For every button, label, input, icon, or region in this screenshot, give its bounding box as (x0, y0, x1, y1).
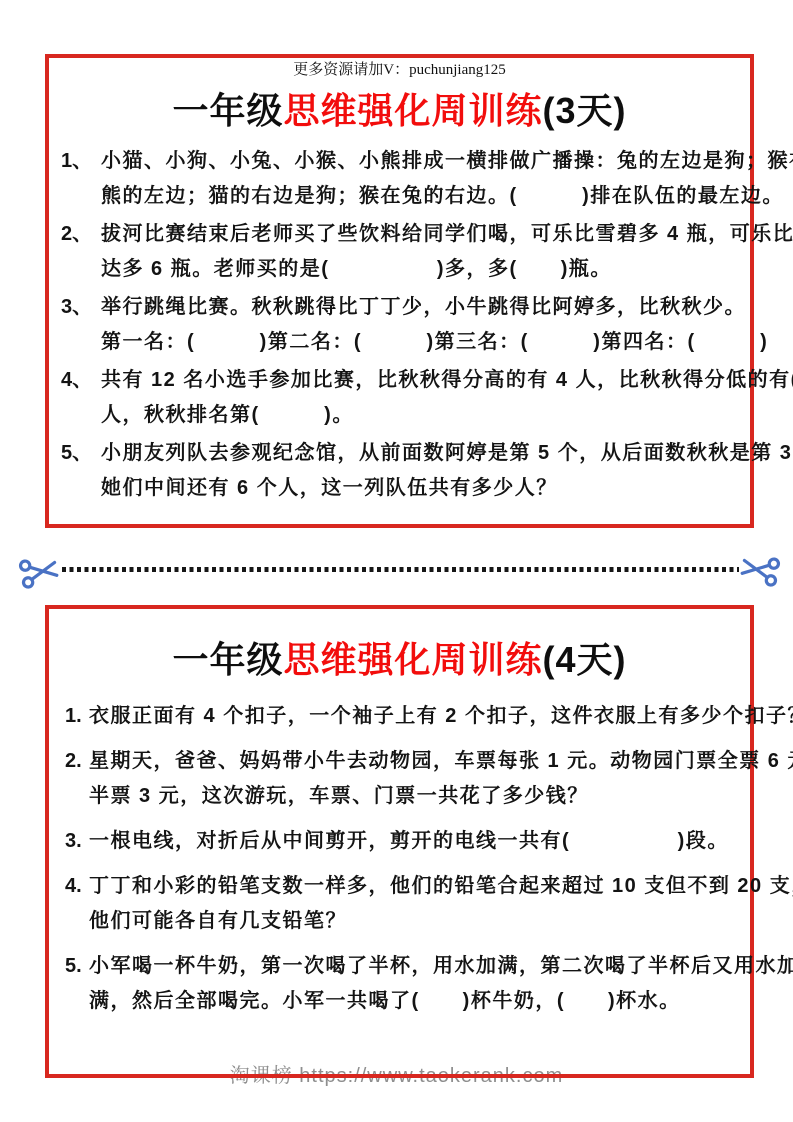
question-line: 达多 6 瓶。老师买的是( )多，多( )瓶。 (101, 252, 742, 287)
question-text: 小朋友列队去参观纪念馆，从前面数阿婷是第 5 个，从后面数秋秋是第 3 个。 她… (101, 436, 742, 506)
question-text: 丁丁和小彩的铅笔支数一样多，他们的铅笔合起来超过 10 支但不到 20 支， 他… (89, 869, 742, 939)
question-text: 小猫、小狗、小兔、小猴、小熊排成一横排做广播操：兔的左边是狗；猴在 熊的左边；猫… (101, 144, 742, 214)
title-red-text: 思维强化周训练 (284, 90, 543, 131)
question-text: 拔河比赛结束后老师买了些饮料给同学们喝，可乐比雪碧多 4 瓶，可乐比芬 达多 6… (101, 217, 742, 287)
question-text: 一根电线，对折后从中间剪开，剪开的电线一共有( )段。 (89, 824, 742, 859)
question-number: 2、 (61, 217, 92, 252)
dotted-line (62, 567, 739, 572)
question-line: 举行跳绳比赛。秋秋跳得比丁丁少，小牛跳得比阿婷多，比秋秋少。 (101, 290, 742, 325)
title-red-text: 思维强化周训练 (284, 639, 543, 680)
section-title-day3: 一年级思维强化周训练(3天) (49, 88, 750, 134)
worksheet-box-day3: 更多资源请加V：puchunjiang125 一年级思维强化周训练(3天) 1、… (45, 54, 754, 528)
question-line: 拔河比赛结束后老师买了些饮料给同学们喝，可乐比雪碧多 4 瓶，可乐比芬 (101, 217, 742, 252)
question-text: 小军喝一杯牛奶，第一次喝了半杯，用水加满，第二次喝了半杯后又用水加 满，然后全部… (89, 949, 742, 1019)
cut-line-divider (0, 550, 793, 594)
scissors-icon (15, 549, 67, 594)
question-line: 小军喝一杯牛奶，第一次喝了半杯，用水加满，第二次喝了半杯后又用水加 (89, 949, 742, 984)
title-days-text: (3天) (543, 90, 627, 131)
question-text: 举行跳绳比赛。秋秋跳得比丁丁少，小牛跳得比阿婷多，比秋秋少。 第一名：( )第二… (101, 290, 742, 360)
question-1: 1、 小猫、小狗、小兔、小猴、小熊排成一横排做广播操：兔的左边是狗；猴在 熊的左… (49, 144, 742, 214)
worksheet-box-day4: 一年级思维强化周训练(4天) 1. 衣服正面有 4 个扣子，一个袖子上有 2 个… (45, 605, 754, 1078)
question-line: 衣服正面有 4 个扣子，一个袖子上有 2 个扣子，这件衣服上有多少个扣子？ (89, 699, 742, 734)
question-3: 3、 举行跳绳比赛。秋秋跳得比丁丁少，小牛跳得比阿婷多，比秋秋少。 第一名：( … (49, 290, 742, 360)
question-list-day3: 1、 小猫、小狗、小兔、小猴、小熊排成一横排做广播操：兔的左边是狗；猴在 熊的左… (49, 144, 750, 506)
question-line: 小朋友列队去参观纪念馆，从前面数阿婷是第 5 个，从后面数秋秋是第 3 个。 (101, 436, 742, 471)
question-1: 1. 衣服正面有 4 个扣子，一个袖子上有 2 个扣子，这件衣服上有多少个扣子？ (49, 699, 742, 734)
question-number: 4. (65, 869, 82, 904)
question-number: 1、 (61, 144, 92, 179)
question-line: 满，然后全部喝完。小军一共喝了( )杯牛奶，( )杯水。 (89, 984, 742, 1019)
worksheet-page: 淘课榜 https://www.taokerank.com 更多资源请加V：pu… (0, 0, 793, 1122)
question-number: 4、 (61, 363, 92, 398)
question-line: 小猫、小狗、小兔、小猴、小熊排成一横排做广播操：兔的左边是狗；猴在 (101, 144, 742, 179)
question-text: 共有 12 名小选手参加比赛，比秋秋得分高的有 4 人，比秋秋得分低的有( ) … (101, 363, 742, 433)
title-grade-text: 一年级 (172, 639, 283, 680)
question-line: 人，秋秋排名第( )。 (101, 398, 742, 433)
question-number: 3. (65, 824, 82, 859)
question-line: 半票 3 元，这次游玩，车票、门票一共花了多少钱？ (89, 779, 742, 814)
question-number: 1. (65, 699, 82, 734)
question-line: 他们可能各自有几支铅笔？ (89, 904, 742, 939)
question-line: 她们中间还有 6 个人，这一列队伍共有多少人？ (101, 471, 742, 506)
question-5: 5、 小朋友列队去参观纪念馆，从前面数阿婷是第 5 个，从后面数秋秋是第 3 个… (49, 436, 742, 506)
question-3: 3. 一根电线，对折后从中间剪开，剪开的电线一共有( )段。 (49, 824, 742, 859)
question-2: 2、 拔河比赛结束后老师买了些饮料给同学们喝，可乐比雪碧多 4 瓶，可乐比芬 达… (49, 217, 742, 287)
title-days-text: (4天) (543, 639, 627, 680)
question-4: 4、 共有 12 名小选手参加比赛，比秋秋得分高的有 4 人，比秋秋得分低的有(… (49, 363, 742, 433)
question-text: 星期天，爸爸、妈妈带小牛去动物园，车票每张 1 元。动物园门票全票 6 元， 半… (89, 744, 742, 814)
title-grade-text: 一年级 (172, 90, 283, 131)
question-5: 5. 小军喝一杯牛奶，第一次喝了半杯，用水加满，第二次喝了半杯后又用水加 满，然… (49, 949, 742, 1019)
question-4: 4. 丁丁和小彩的铅笔支数一样多，他们的铅笔合起来超过 10 支但不到 20 支… (49, 869, 742, 939)
top-watermark: 更多资源请加V：puchunjiang125 (49, 60, 750, 80)
question-list-day4: 1. 衣服正面有 4 个扣子，一个袖子上有 2 个扣子，这件衣服上有多少个扣子？… (49, 699, 750, 1019)
question-number: 2. (65, 744, 82, 779)
question-number: 5. (65, 949, 82, 984)
question-text: 衣服正面有 4 个扣子，一个袖子上有 2 个扣子，这件衣服上有多少个扣子？ (89, 699, 742, 734)
question-number: 5、 (61, 436, 92, 471)
question-line: 共有 12 名小选手参加比赛，比秋秋得分高的有 4 人，比秋秋得分低的有( ) (101, 363, 742, 398)
question-number: 3、 (61, 290, 92, 325)
question-line: 丁丁和小彩的铅笔支数一样多，他们的铅笔合起来超过 10 支但不到 20 支， (89, 869, 742, 904)
scissors-icon (732, 547, 784, 592)
question-line: 一根电线，对折后从中间剪开，剪开的电线一共有( )段。 (89, 824, 742, 859)
question-line: 第一名：( )第二名：( )第三名：( )第四名：( ) (101, 325, 742, 360)
section-title-day4: 一年级思维强化周训练(4天) (49, 637, 750, 683)
question-2: 2. 星期天，爸爸、妈妈带小牛去动物园，车票每张 1 元。动物园门票全票 6 元… (49, 744, 742, 814)
question-line: 星期天，爸爸、妈妈带小牛去动物园，车票每张 1 元。动物园门票全票 6 元， (89, 744, 742, 779)
question-line: 熊的左边；猫的右边是狗；猴在兔的右边。( )排在队伍的最左边。 (101, 179, 742, 214)
